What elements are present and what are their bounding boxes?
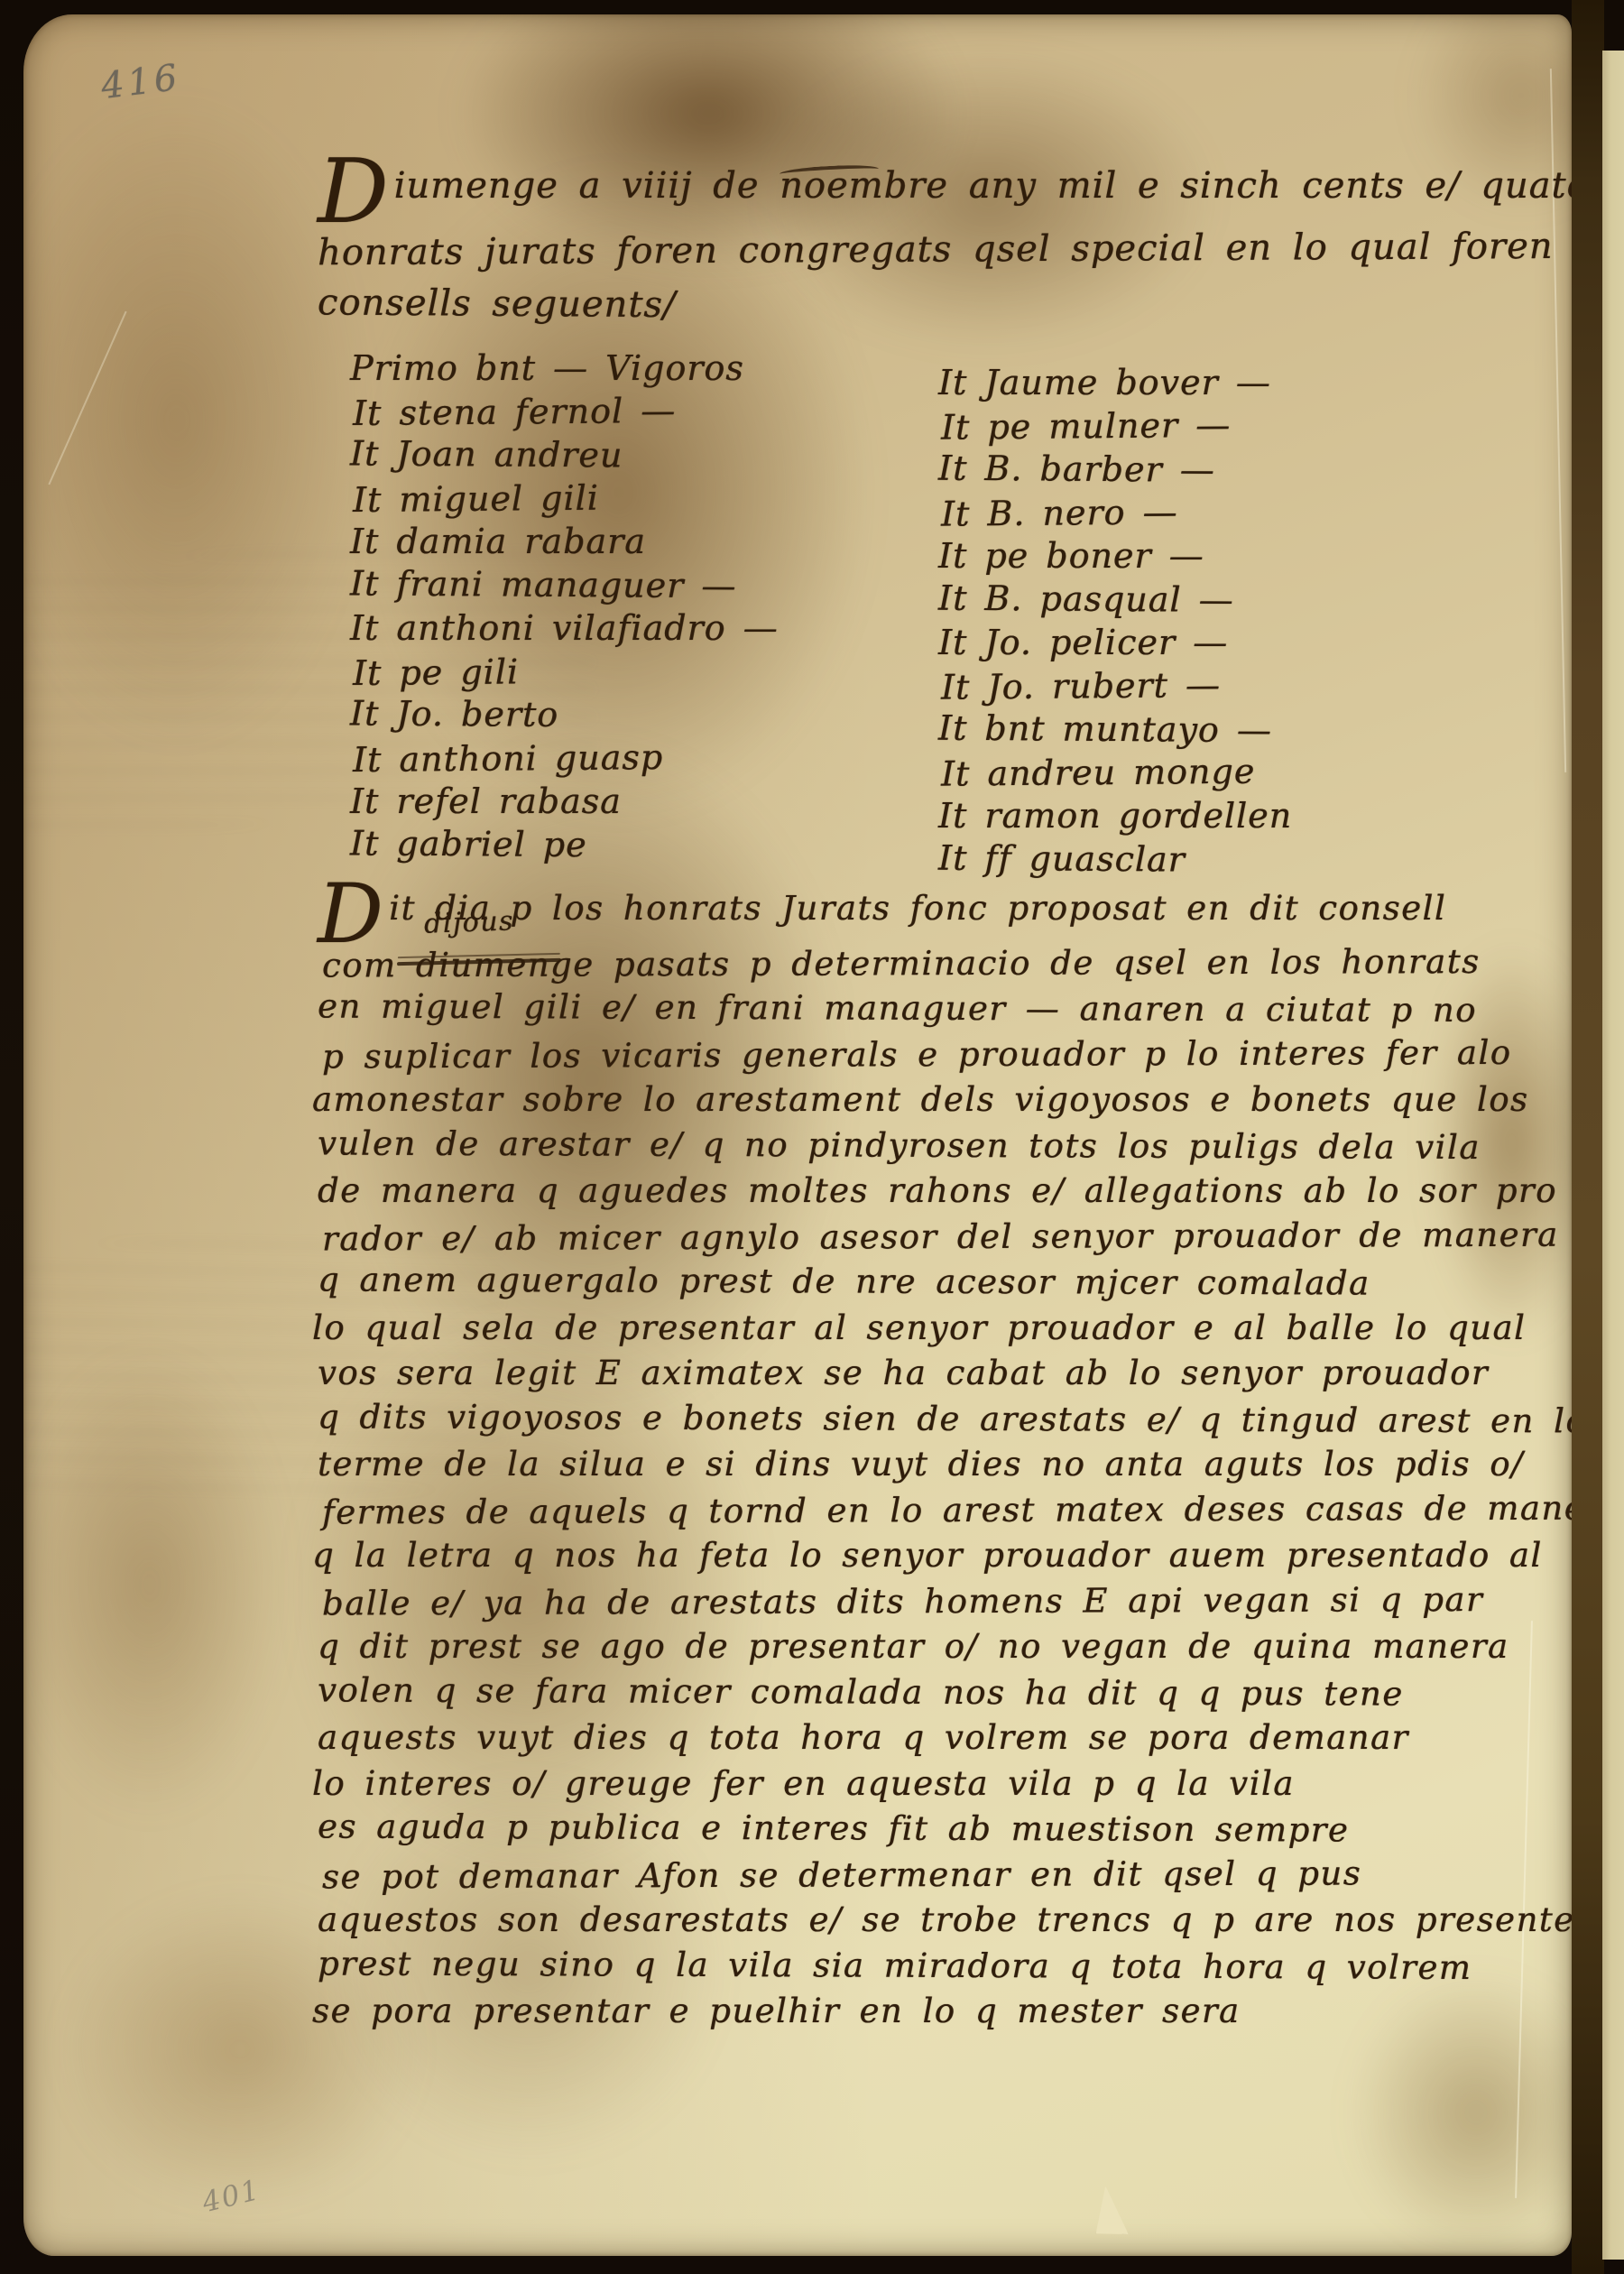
list-item: Primo bnt — Vigoros bbox=[350, 348, 779, 392]
list-item: It Jo. rubert — bbox=[941, 664, 1296, 710]
edge-stain bbox=[23, 96, 366, 745]
list-item: It ff guasclar bbox=[938, 838, 1292, 884]
manuscript-line: q dit prest se ago de presentar o/ no ve… bbox=[318, 1624, 1572, 1670]
list-item: It pe gili bbox=[353, 650, 781, 697]
initial-capital: D bbox=[318, 890, 384, 940]
manuscript-line: vulen de arestar e/ q no pindyrosen tots… bbox=[318, 1121, 1572, 1171]
manuscript-line: lo interes o/ greuge fer en aquesta vila… bbox=[312, 1761, 1572, 1807]
photograph-background: 416 401 Diumenge a viiij de noembre any … bbox=[0, 0, 1624, 2274]
next-page-edge bbox=[1602, 51, 1624, 2260]
paper-crease bbox=[48, 311, 126, 485]
council-list-left: Primo bnt — VigorosIt stena fernol —It J… bbox=[350, 348, 779, 868]
list-item: It B. nero — bbox=[941, 491, 1296, 537]
list-item: It Jo. berto bbox=[350, 693, 779, 739]
opening-paragraph: Diumenge a viiij de noembre any mil e si… bbox=[318, 157, 1572, 337]
list-item: It Jo. pelicer — bbox=[938, 623, 1292, 666]
manuscript-line: q anem aguergalo prest de nre acesor mjc… bbox=[318, 1258, 1572, 1308]
manuscript-line: se pora presentar e puelhir en lo q mest… bbox=[312, 1989, 1572, 2035]
page-gap-shadow bbox=[1572, 0, 1604, 2274]
manuscript-line: se pot demanar Afon se determenar en dit… bbox=[322, 1850, 1572, 1900]
manuscript-line: rador e/ ab micer agnylo asesor del seny… bbox=[322, 1212, 1572, 1262]
list-item: It bnt muntayo — bbox=[938, 708, 1292, 754]
list-item: It gabriel pe bbox=[350, 823, 779, 869]
manuscript-line: q dits vigoyosos e bonets sien de aresta… bbox=[318, 1394, 1572, 1445]
list-item: It miguel gili bbox=[353, 476, 781, 523]
manuscript-line: prest negu sino q la vila sia miradora q… bbox=[318, 1941, 1572, 1992]
manuscript-line: vos sera legit E aximatex se ha cabat ab… bbox=[318, 1351, 1572, 1397]
paper-tear-flake bbox=[1091, 2184, 1129, 2237]
list-item: It frani managuer — bbox=[350, 563, 779, 609]
manuscript-line: terme de la silua e si dins vuyt dies no… bbox=[318, 1442, 1572, 1488]
initial-capital: D bbox=[318, 165, 390, 220]
pencil-bottom-mark: 401 bbox=[199, 2174, 264, 2220]
list-item: It andreu monge bbox=[941, 751, 1296, 797]
manuscript-line: fermes de aquels q tornd en lo arest mat… bbox=[322, 1485, 1572, 1536]
manuscript-text: it dia p los honrats Jurats fonc proposa… bbox=[389, 889, 1446, 928]
list-item: It pe boner — bbox=[938, 536, 1292, 579]
manuscript-line: p suplicar los vicaris generals e prouad… bbox=[322, 1030, 1572, 1080]
manuscript-line: com diumenge pasats p determinacio de qs… bbox=[322, 938, 1572, 989]
manuscript-line: lo qual sela de presentar al senyor prou… bbox=[312, 1306, 1572, 1352]
manuscript-line: volen q se fara micer comalada nos ha di… bbox=[318, 1668, 1572, 1718]
edge-stain bbox=[23, 1350, 285, 1819]
interlinear-insertion: dijous bbox=[423, 899, 515, 947]
manuscript-text: iumenge a viiij de noembre any mil e sin… bbox=[394, 165, 1572, 207]
list-item: It pe mulner — bbox=[941, 404, 1296, 450]
manuscript-line: Diumenge a viiij de noembre any mil e si… bbox=[318, 157, 1572, 220]
pencil-folio-number: 416 bbox=[99, 57, 183, 107]
manuscript-line: honrats jurats foren congregats qsel spe… bbox=[318, 217, 1572, 282]
manuscript-line: consells seguents/ bbox=[318, 274, 1572, 343]
manuscript-line: balle e/ ya ha de arestats dits homens E… bbox=[322, 1576, 1572, 1627]
list-item: It B. barber — bbox=[938, 448, 1292, 495]
list-item: It anthoni guasp bbox=[353, 736, 781, 783]
list-item: It stena fernol — bbox=[353, 390, 781, 437]
manuscript-line: aquests vuyt dies q tota hora q volrem s… bbox=[318, 1715, 1572, 1761]
list-item: It refel rabasa bbox=[350, 781, 779, 825]
manuscript-line: aquestos son desarestats e/ se trobe tre… bbox=[318, 1898, 1572, 1944]
manuscript-page: 416 401 Diumenge a viiij de noembre any … bbox=[23, 14, 1572, 2256]
council-list-right: It Jaume bover —It pe mulner —It B. barb… bbox=[938, 363, 1292, 883]
list-item: It Jaume bover — bbox=[938, 363, 1292, 406]
manuscript-line: de manera q aguedes moltes rahons e/ all… bbox=[318, 1169, 1572, 1215]
list-item: It Joan andreu bbox=[350, 433, 779, 479]
manuscript-line: es aguda p publica e interes fit ab mues… bbox=[318, 1805, 1572, 1855]
list-item: It anthoni vilafiadro — bbox=[350, 608, 779, 652]
manuscript-line: en miguel gili e/ en frani managuer — an… bbox=[318, 984, 1572, 1035]
list-item: It damia rabara bbox=[350, 522, 779, 565]
list-item: It B. pasqual — bbox=[938, 578, 1292, 624]
manuscript-line: q la letra q nos ha feta lo senyor proua… bbox=[312, 1533, 1572, 1579]
list-item: It ramon gordellen bbox=[938, 796, 1292, 839]
body-paragraph: Dit dia p los honrats Jurats fonc propos… bbox=[318, 886, 1572, 2035]
manuscript-line: amonestar sobre lo arestament dels vigoy… bbox=[312, 1077, 1572, 1123]
